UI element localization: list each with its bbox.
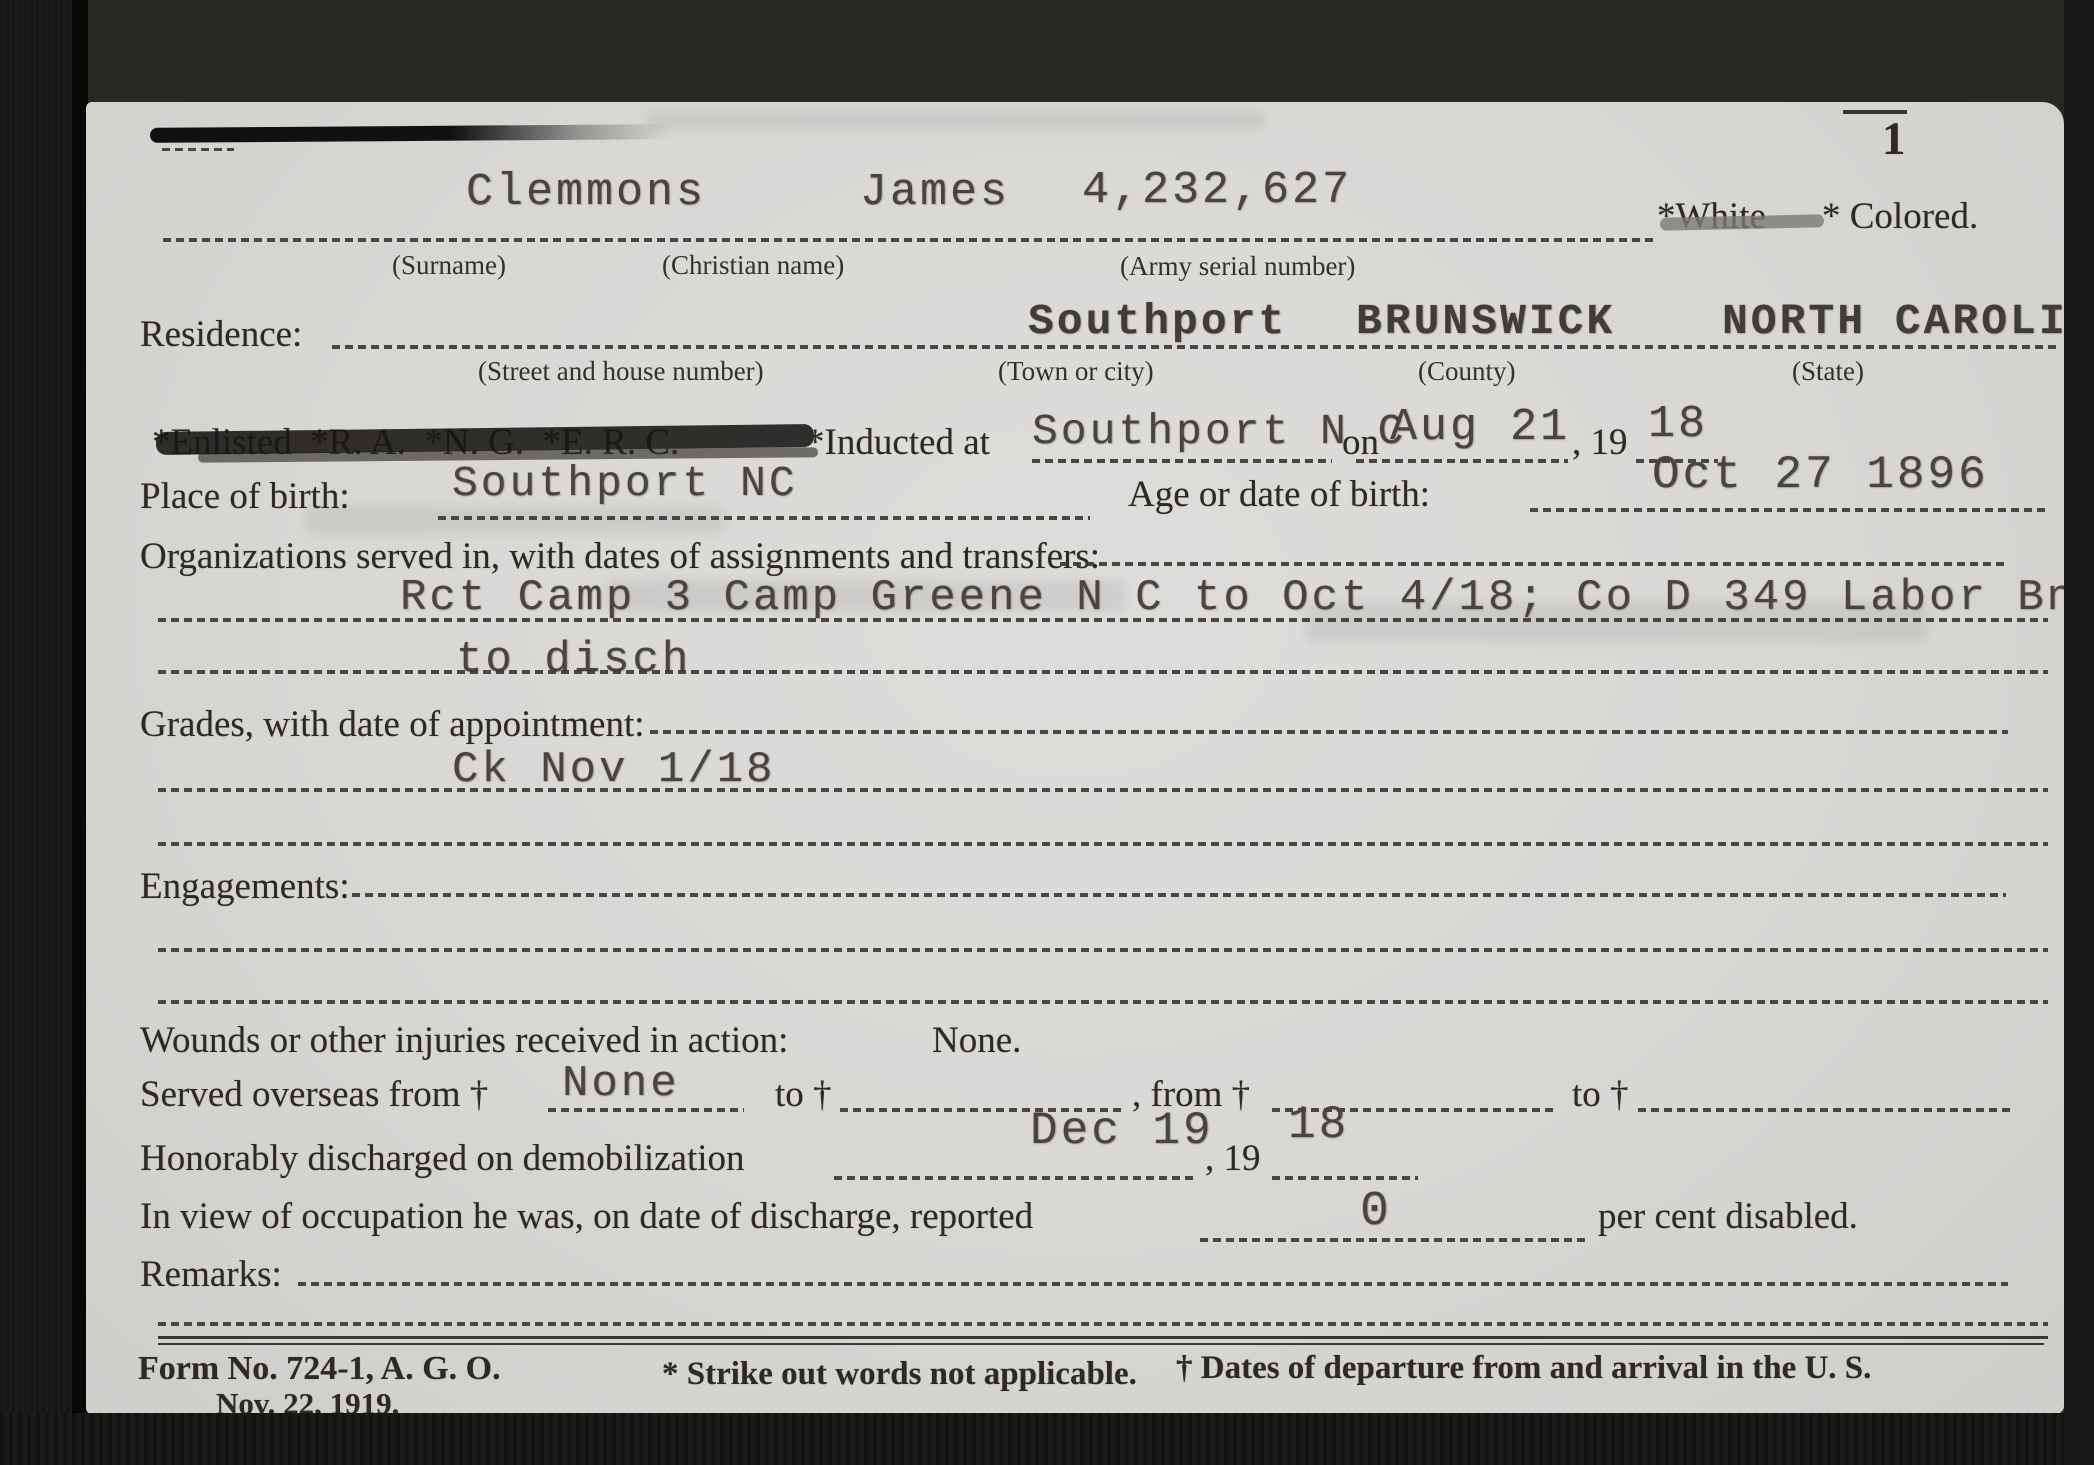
bottom-solid-rule-1 bbox=[158, 1336, 2048, 1339]
disability-line bbox=[1200, 1238, 1586, 1242]
form-date: Nov. 22, 1919. bbox=[216, 1388, 399, 1414]
wounds-value: None. bbox=[932, 1022, 1021, 1059]
dagger-footnote: † Dates of departure from and arrival in… bbox=[1176, 1352, 1871, 1385]
disability-label: In view of occupation he was, on date of… bbox=[140, 1198, 1033, 1235]
overseas-from1-line bbox=[548, 1108, 744, 1112]
service-record-card: 1 Clemmons James 4,232,627 *White * Colo… bbox=[86, 102, 2064, 1414]
residence-county-value: BRUNSWICK bbox=[1356, 300, 1615, 343]
year-19-label: , 19 bbox=[1572, 424, 1628, 461]
grades-line2-rule bbox=[158, 842, 2048, 846]
discharge-year-value: 18 bbox=[1288, 1102, 1349, 1148]
christian-name-caption: (Christian name) bbox=[662, 252, 844, 279]
county-caption: (County) bbox=[1418, 358, 1516, 385]
faint-smudge bbox=[306, 507, 726, 533]
discharge-date-value: Dec 19 bbox=[1030, 1108, 1214, 1154]
grades-label-line bbox=[650, 730, 2008, 734]
residence-state-value: NORTH CAROLINA bbox=[1722, 300, 2064, 343]
grades-line1-rule bbox=[158, 788, 2048, 792]
small-dash-mark bbox=[162, 148, 234, 151]
form-number: Form No. 724-1, A. G. O. bbox=[138, 1352, 501, 1386]
serial-number-value: 4,232,627 bbox=[1082, 168, 1352, 213]
surname-caption: (Surname) bbox=[392, 252, 506, 279]
strike-footnote: * Strike out words not applicable. bbox=[662, 1358, 1137, 1391]
remarks-label: Remarks: bbox=[140, 1256, 282, 1293]
engagements-label: Engagements: bbox=[140, 868, 350, 905]
organizations-line2-rule bbox=[158, 670, 2048, 674]
discharge-date-line bbox=[834, 1176, 1196, 1180]
scanner-bottom-band bbox=[0, 1413, 2094, 1465]
scanner-right-band bbox=[2064, 0, 2094, 1465]
organizations-line2-value: to disch bbox=[456, 638, 691, 682]
year-value: 18 bbox=[1648, 402, 1708, 447]
place-of-birth-label: Place of birth: bbox=[140, 478, 350, 515]
place-of-birth-value: Southport NC bbox=[452, 462, 798, 505]
inducted-date-line bbox=[1356, 459, 1568, 463]
white-strikethrough-mark bbox=[1660, 214, 1824, 230]
inducted-place-line bbox=[1032, 459, 1332, 463]
organizations-label: Organizations served in, with dates of a… bbox=[140, 538, 1100, 575]
discharge-year-line bbox=[1272, 1176, 1418, 1180]
discharge-label: Honorably discharged on demobilization bbox=[140, 1140, 745, 1177]
page-number: 1 bbox=[1882, 116, 1906, 163]
overseas-to1-label: to † bbox=[775, 1076, 832, 1113]
disability-suffix-label: per cent disabled. bbox=[1598, 1198, 1858, 1235]
scanned-service-card-page: 1 Clemmons James 4,232,627 *White * Colo… bbox=[0, 0, 2094, 1465]
organizations-line1-value: Rct Camp 3 Camp Greene N C to Oct 4/18; … bbox=[400, 576, 2064, 620]
wounds-label: Wounds or other injuries received in act… bbox=[140, 1022, 788, 1059]
town-caption: (Town or city) bbox=[998, 358, 1154, 385]
surname-value: Clemmons bbox=[466, 170, 706, 215]
colored-label: * Colored. bbox=[1822, 198, 1978, 235]
bottom-solid-rule-2 bbox=[158, 1343, 2044, 1345]
inducted-date-value: Aug 21 bbox=[1390, 405, 1570, 450]
overseas-to2-line bbox=[1638, 1108, 2014, 1112]
faint-smudge bbox=[646, 110, 1266, 130]
discharge-19-label: , 19 bbox=[1205, 1140, 1261, 1177]
overseas-to2-label: to † bbox=[1572, 1076, 1629, 1113]
residence-label: Residence: bbox=[140, 316, 302, 353]
ink-streak-mark bbox=[150, 124, 670, 143]
street-caption: (Street and house number) bbox=[478, 358, 764, 385]
place-of-birth-line bbox=[438, 516, 1090, 520]
remarks-line bbox=[298, 1282, 2008, 1286]
serial-number-caption: (Army serial number) bbox=[1120, 253, 1355, 280]
disability-value: 0 bbox=[1360, 1188, 1392, 1236]
bottom-dashed-rule bbox=[158, 1322, 2048, 1326]
name-row-line bbox=[163, 238, 1653, 242]
organizations-line1-rule bbox=[158, 618, 2048, 622]
date-of-birth-line bbox=[1530, 508, 2050, 512]
residence-town-value: Southport bbox=[1028, 300, 1287, 343]
engagements-line1-rule bbox=[158, 948, 2048, 952]
organizations-label-line bbox=[1060, 562, 2008, 566]
christian-name-value: James bbox=[860, 170, 1010, 215]
on-label: on bbox=[1342, 424, 1379, 461]
engagements-line2-rule bbox=[158, 1000, 2048, 1004]
date-of-birth-value: Oct 27 1896 bbox=[1652, 452, 1989, 498]
state-caption: (State) bbox=[1792, 358, 1864, 385]
overseas-from1-label: Served overseas from † bbox=[140, 1076, 488, 1113]
grade-value: Ck Nov 1/18 bbox=[452, 748, 775, 792]
inducted-label: *Inducted at bbox=[806, 424, 990, 461]
age-label: Age or date of birth: bbox=[1128, 476, 1430, 513]
engagements-label-line bbox=[352, 893, 2006, 897]
overseas-from1-value: None bbox=[562, 1062, 680, 1106]
grades-label: Grades, with date of appointment: bbox=[140, 706, 645, 743]
